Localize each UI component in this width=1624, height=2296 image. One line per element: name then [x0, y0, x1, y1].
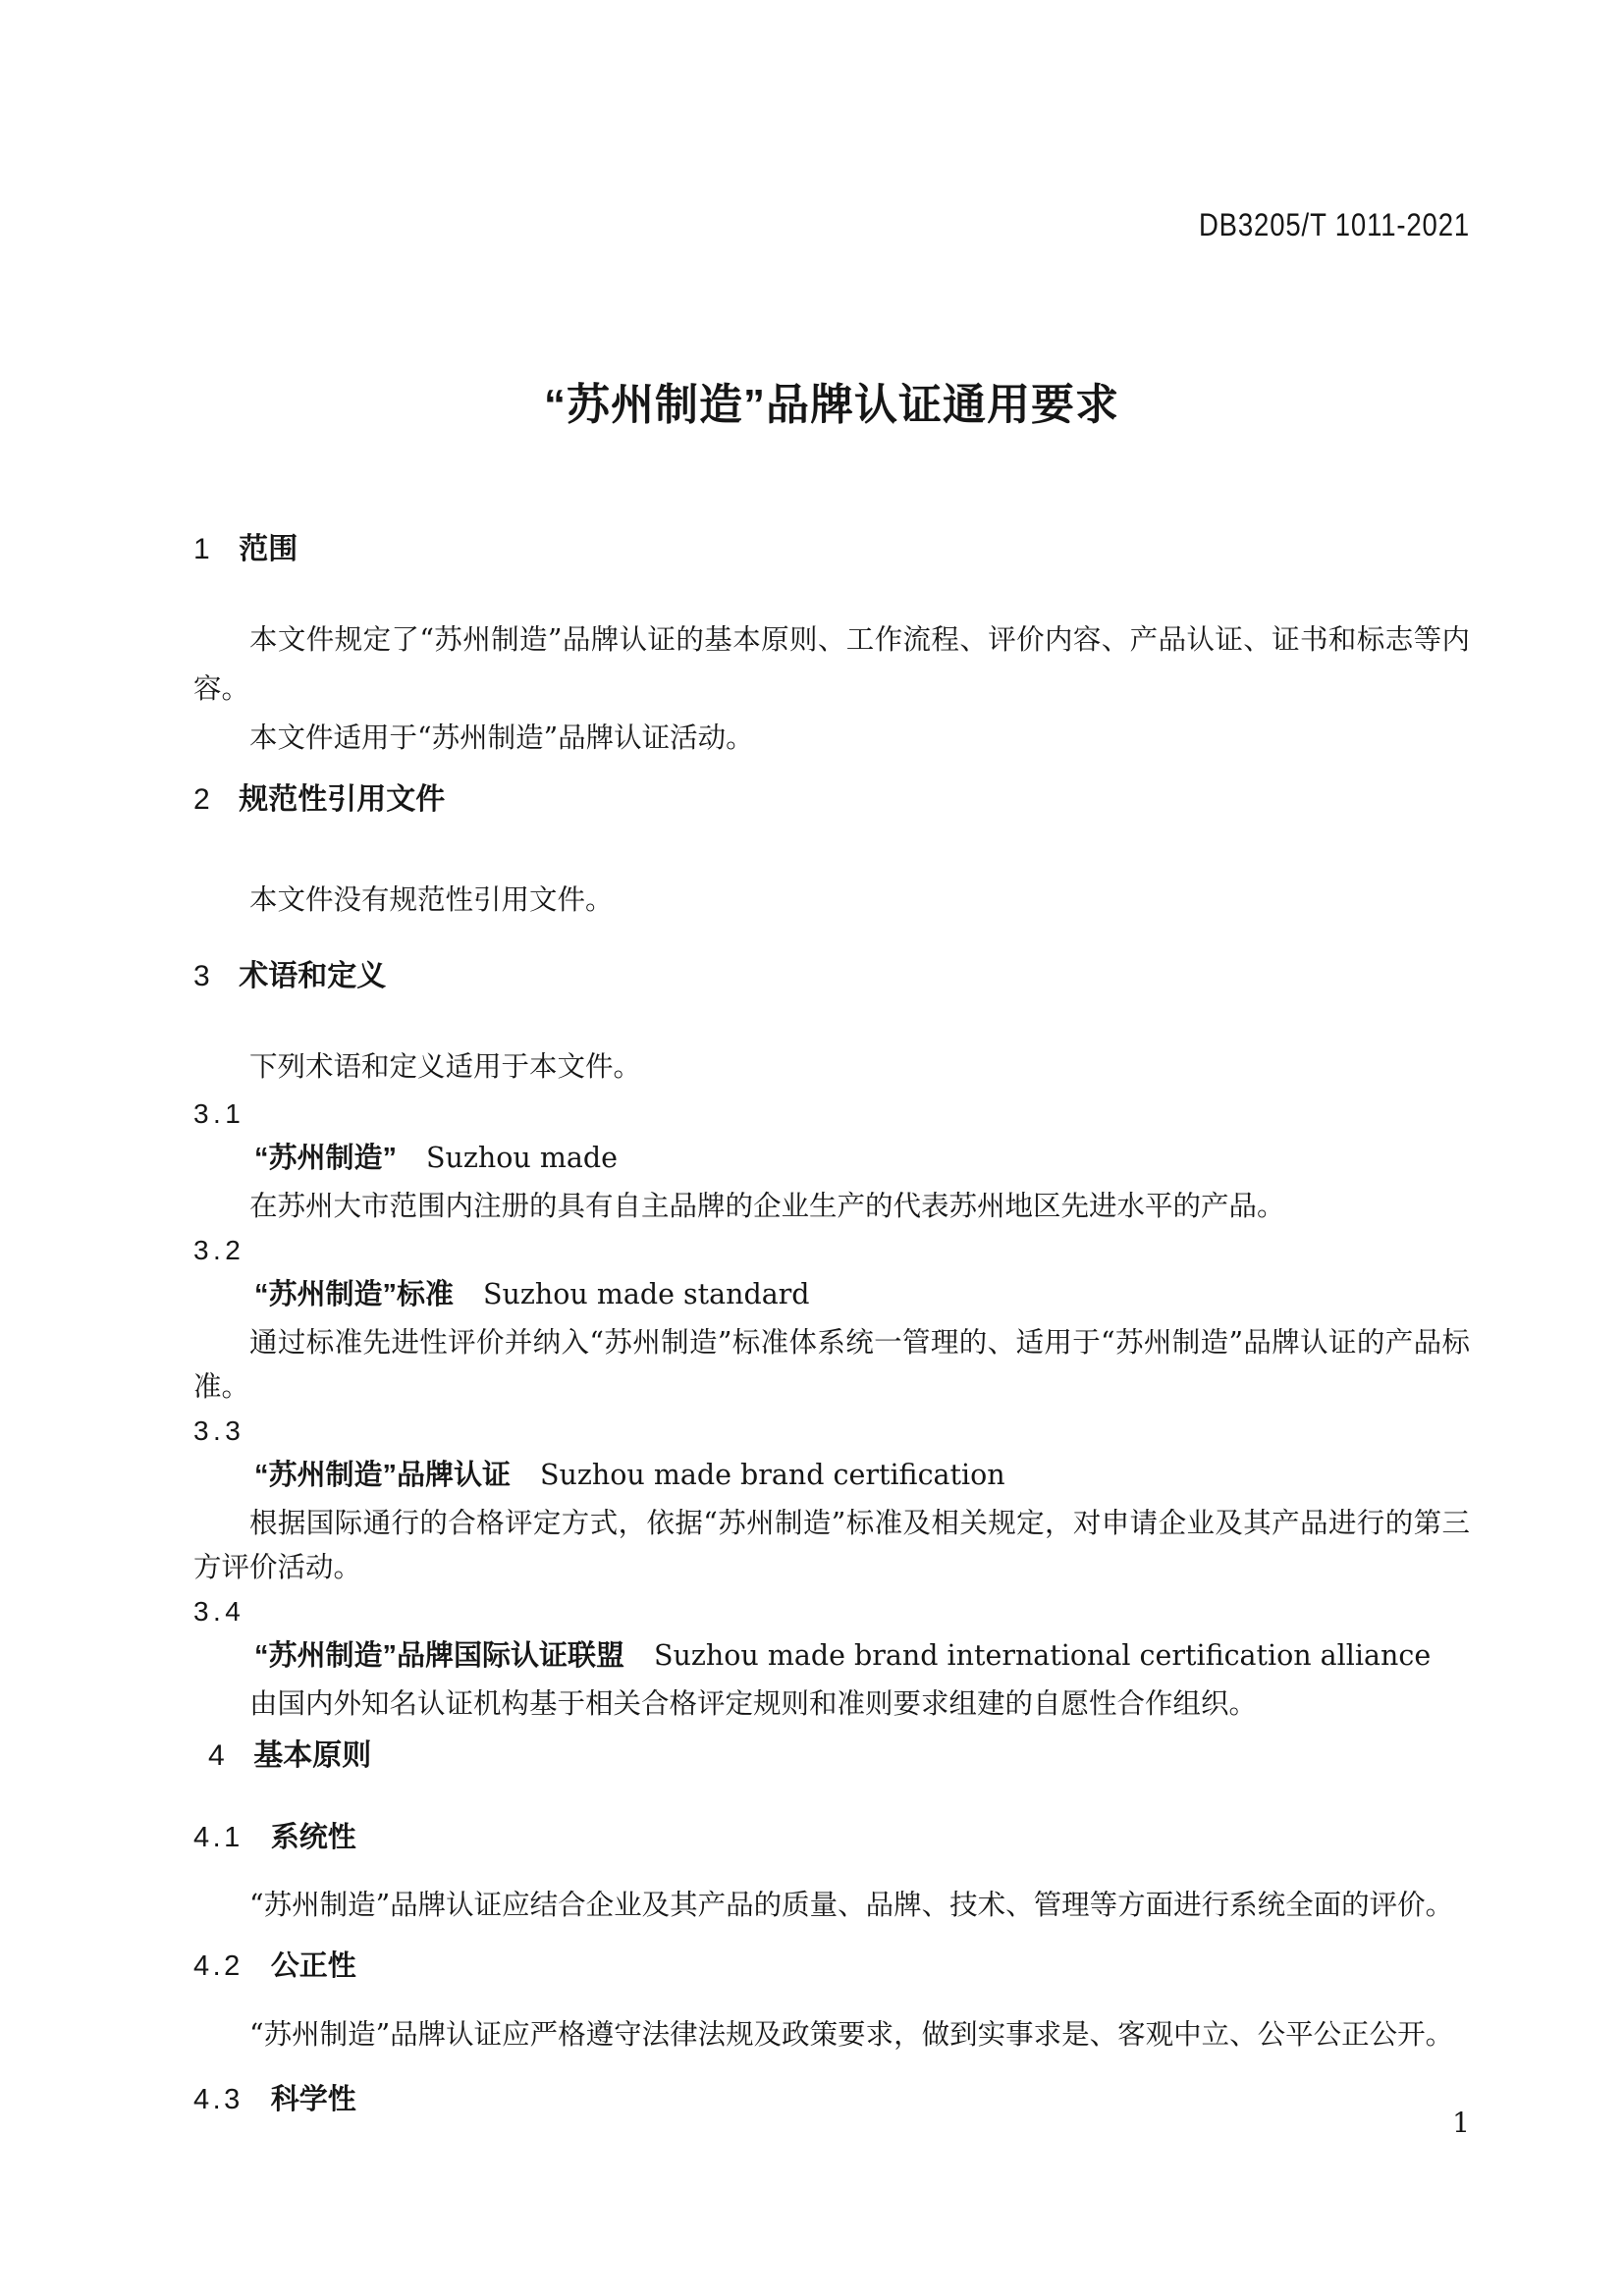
paragraph: 本文件没有规范性引用文件。: [193, 876, 1470, 925]
page-number: 1: [1452, 2107, 1470, 2140]
term-line: “苏州制造”Suzhou made: [193, 1136, 1470, 1184]
section-title: 规范性引用文件: [239, 783, 445, 816]
document-page: DB3205/T 1011-2021 “苏州制造”品牌认证通用要求 1范围 本文…: [0, 0, 1624, 2296]
term-entry: 3.4 “苏州制造”品牌国际认证联盟Suzhou made brand inte…: [193, 1589, 1470, 1726]
paragraph: 本文件适用于“苏州制造”品牌认证活动。: [193, 714, 1470, 763]
subsection-title: 系统性: [271, 1822, 356, 1853]
term-definition: 在苏州大市范围内注册的具有自主品牌的企业生产的代表苏州地区先进水平的产品。: [193, 1184, 1470, 1228]
terms-intro-paragraph: 下列术语和定义适用于本文件。: [193, 1042, 1470, 1092]
terms-block: 3.1 “苏州制造”Suzhou made 在苏州大市范围内注册的具有自主品牌的…: [193, 1092, 1470, 1726]
clause-number: 3.3: [193, 1409, 1470, 1453]
subsection-number: 4.3: [193, 2084, 244, 2115]
term-name-en: Suzhou made brand certification: [540, 1459, 1005, 1491]
section-number: 4: [208, 1739, 228, 1772]
term-name-zh: “苏州制造”品牌国际认证联盟: [254, 1640, 624, 1672]
subsection-number: 4.2: [193, 1950, 244, 1982]
subsection-title: 科学性: [271, 2084, 356, 2115]
term-entry: 3.2 “苏州制造”标准Suzhou made standard 通过标准先进性…: [193, 1228, 1470, 1409]
doc-code: DB3205/T 1011-2021: [193, 207, 1470, 242]
clause-number: 3.2: [193, 1228, 1470, 1272]
term-definition: 由国内外知名认证机构基于相关合格评定规则和准则要求组建的自愿性合作组织。: [193, 1682, 1470, 1726]
paragraph: 本文件规定了“苏州制造”品牌认证的基本原则、工作流程、评价内容、产品认证、证书和…: [193, 615, 1470, 714]
section-title: 术语和定义: [239, 960, 386, 992]
subsection-heading-systematic: 4.1系统性: [193, 1817, 1470, 1857]
subsection-heading-scientific: 4.3科学性: [193, 2079, 1470, 2119]
doc-code-text: DB3205/T 1011-2021: [1199, 207, 1470, 242]
section-heading-basic-principles: 4基本原则: [193, 1736, 1470, 1776]
term-name-en: Suzhou made: [426, 1142, 618, 1174]
section-heading-normative-references: 2规范性引用文件: [193, 780, 1470, 820]
term-name-zh: “苏州制造”标准: [254, 1279, 454, 1310]
term-entry: 3.1 “苏州制造”Suzhou made 在苏州大市范围内注册的具有自主品牌的…: [193, 1092, 1470, 1228]
section-number: 1: [193, 533, 213, 565]
paragraph: “苏州制造”品牌认证应严格遵守法律法规及政策要求，做到实事求是、客观中立、公平公…: [193, 2010, 1470, 2059]
section-number: 2: [193, 783, 213, 816]
paragraph: “苏州制造”品牌认证应结合企业及其产品的质量、品牌、技术、管理等方面进行系统全面…: [193, 1881, 1470, 1930]
term-name-zh: “苏州制造”品牌认证: [254, 1460, 511, 1491]
term-definition: 根据国际通行的合格评定方式，依据“苏州制造”标准及相关规定，对申请企业及其产品进…: [193, 1501, 1470, 1589]
section-number: 3: [193, 960, 213, 992]
subsection-number: 4.1: [193, 1822, 244, 1853]
term-name-en: Suzhou made brand international certific…: [654, 1639, 1431, 1672]
term-name-en: Suzhou made standard: [483, 1278, 810, 1310]
subsection-heading-impartial: 4.2公正性: [193, 1946, 1470, 1986]
subsection-title: 公正性: [271, 1950, 356, 1982]
term-definition: 通过标准先进性评价并纳入“苏州制造”标准体系统一管理的、适用于“苏州制造”品牌认…: [193, 1320, 1470, 1409]
section-title: 基本原则: [253, 1739, 371, 1772]
clause-number: 3.1: [193, 1092, 1470, 1136]
section-heading-scope: 1范围: [193, 530, 1470, 569]
page-title: “苏州制造”品牌认证通用要求: [193, 380, 1470, 431]
term-line: “苏州制造”品牌国际认证联盟Suzhou made brand internat…: [193, 1633, 1470, 1682]
term-line: “苏州制造”品牌认证Suzhou made brand certificatio…: [193, 1453, 1470, 1501]
term-name-zh: “苏州制造”: [254, 1143, 397, 1174]
term-entry: 3.3 “苏州制造”品牌认证Suzhou made brand certific…: [193, 1409, 1470, 1589]
clause-number: 3.4: [193, 1589, 1470, 1633]
term-line: “苏州制造”标准Suzhou made standard: [193, 1272, 1470, 1320]
section-title: 范围: [239, 533, 298, 565]
section-heading-terms: 3术语和定义: [193, 957, 1470, 996]
